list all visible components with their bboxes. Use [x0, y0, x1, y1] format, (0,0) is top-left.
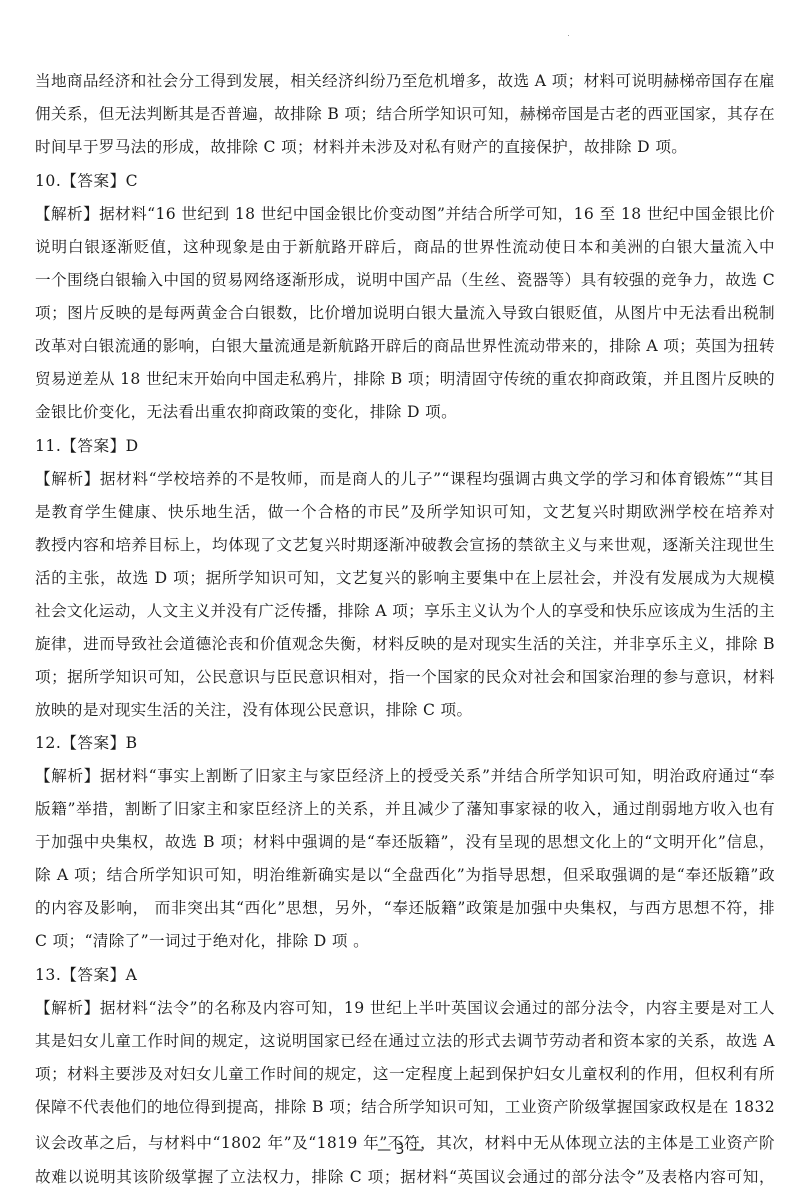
answer-heading: 11.【答案】D: [35, 436, 775, 456]
paragraph-line: 项；据所学知识可知，公民意识与臣民意识相对，指一个国家的民众对社会和国家治理的参…: [35, 667, 775, 687]
answer-heading: 12.【答案】B: [35, 733, 775, 753]
paragraph-line: 【解析】据材料“学校培养的不是牧师，而是商人的儿子”“课程均强调古典文学的学习和…: [35, 469, 775, 489]
scan-speck: [568, 35, 569, 36]
paragraph-line: 金银比价变化，无法看出重农抑商政策的变化，排除 D 项。: [35, 402, 775, 422]
paragraph-line: 贸易逆差从 18 世纪末开始向中国走私鸦片，排除 B 项；明清固守传统的重农抑商…: [35, 369, 775, 389]
answer-heading: 10.【答案】C: [35, 171, 775, 191]
paragraph-line: 【解析】据材料“事实上割断了旧家主与家臣经济上的授受关系”并结合所学知识可知，明…: [35, 766, 775, 786]
paragraph-line: 当地商品经济和社会分工得到发展，相关经济纠纷乃至危机增多，故选 A 项；材料可说…: [35, 71, 775, 91]
paragraph-line: 放映的是对现实生活的关注，没有体现公民意识，排除 C 项。: [35, 700, 775, 720]
paragraph-line: 【解析】据材料“法令”的名称及内容可知，19 世纪上半叶英国议会通过的部分法令，…: [35, 998, 775, 1018]
paragraph-line: 教授内容和培养目标上，均体现了文艺复兴时期逐渐冲破教会宣扬的禁欲主义与来世观，逐…: [35, 535, 775, 555]
paragraph-line: 一个围绕白银输入中国的贸易网络逐渐形成，说明中国产品（生丝、瓷器等）具有较强的竞…: [35, 270, 775, 290]
paragraph-line: 除 A 项；结合所学知识可知，明治维新确实是以“全盘西化”为指导思想，但采取强调…: [35, 865, 775, 885]
paragraph-line: 项；图片反映的是每两黄金合白银数，比价增加说明白银大量流入导致白银贬值，从图片中…: [35, 303, 775, 323]
paragraph-line: C 项；“清除了”一词过于绝对化，排除 D 项 。: [35, 931, 775, 951]
paragraph-line: 是教育学生健康、快乐地生活，做一个合格的市民”及所学知识可知，文艺复兴时期欧洲学…: [35, 502, 775, 522]
paragraph-line: 改革对白银流通的影响，白银大量流通是新航路开辟后的商品世界性流动带来的，排除 A…: [35, 336, 775, 356]
paragraph-line: 社会文化运动，人文主义并没有广泛传播，排除 A 项；享乐主义认为个人的享受和快乐…: [35, 601, 775, 621]
paragraph-line: 旋律，进而导致社会道德沦丧和价值观念失衡，材料反映的是对现实生活的关注，并非享乐…: [35, 634, 775, 654]
answer-heading: 13.【答案】A: [35, 965, 775, 985]
paragraph-line: 于加强中央集权，故选 B 项；材料中强调的是“奉还版籍”，没有呈现的思想文化上的…: [35, 832, 775, 852]
paragraph-line: 说明白银逐渐贬值，这种现象是由于新航路开辟后，商品的世界性流动使日本和美洲的白银…: [35, 237, 775, 257]
page-number: — 3 —: [0, 1142, 800, 1158]
paragraph-line: 的内容及影响， 而非突出其“西化”思想，另外，“奉还版籍”政策是加强中央集权，与…: [35, 898, 775, 918]
paragraph-line: 时间早于罗马法的形成，故排除 C 项；材料并未涉及对私有财产的直接保护，故排除 …: [35, 137, 775, 157]
paragraph-line: 【解析】据材料“16 世纪到 18 世纪中国金银比价变动图”并结合所学可知，16…: [35, 204, 775, 224]
paragraph-line: 佣关系，但无法判断其是否普遍，故排除 B 项；结合所学知识可知，赫梯帝国是古老的…: [35, 104, 775, 124]
paragraph-line: 活的主张，故选 D 项；据所学知识可知，文艺复兴的影响主要集中在上层社会，并没有…: [35, 568, 775, 588]
paragraph-line: 版籍”举措，割断了旧家主和家臣经济上的关系，并且减少了藩知事家禄的收入，通过削弱…: [35, 799, 775, 819]
paragraph-line: 故难以说明其该阶级掌握了立法权力，排除 C 项；据材料“英国议会通过的部分法令”…: [35, 1167, 775, 1186]
paragraph-line: 其是妇女儿童工作时间的规定，这说明国家已经在通过立法的形式去调节劳动者和资本家的…: [35, 1031, 775, 1051]
paragraph-line: 项；材料主要涉及对妇女儿童工作时间的规定，这一定程度上起到保护妇女儿童权利的作用…: [35, 1064, 775, 1084]
paragraph-line: 保障不代表他们的地位得到提高，排除 B 项；结合所学知识可知，工业资产阶级掌握国…: [35, 1097, 775, 1117]
